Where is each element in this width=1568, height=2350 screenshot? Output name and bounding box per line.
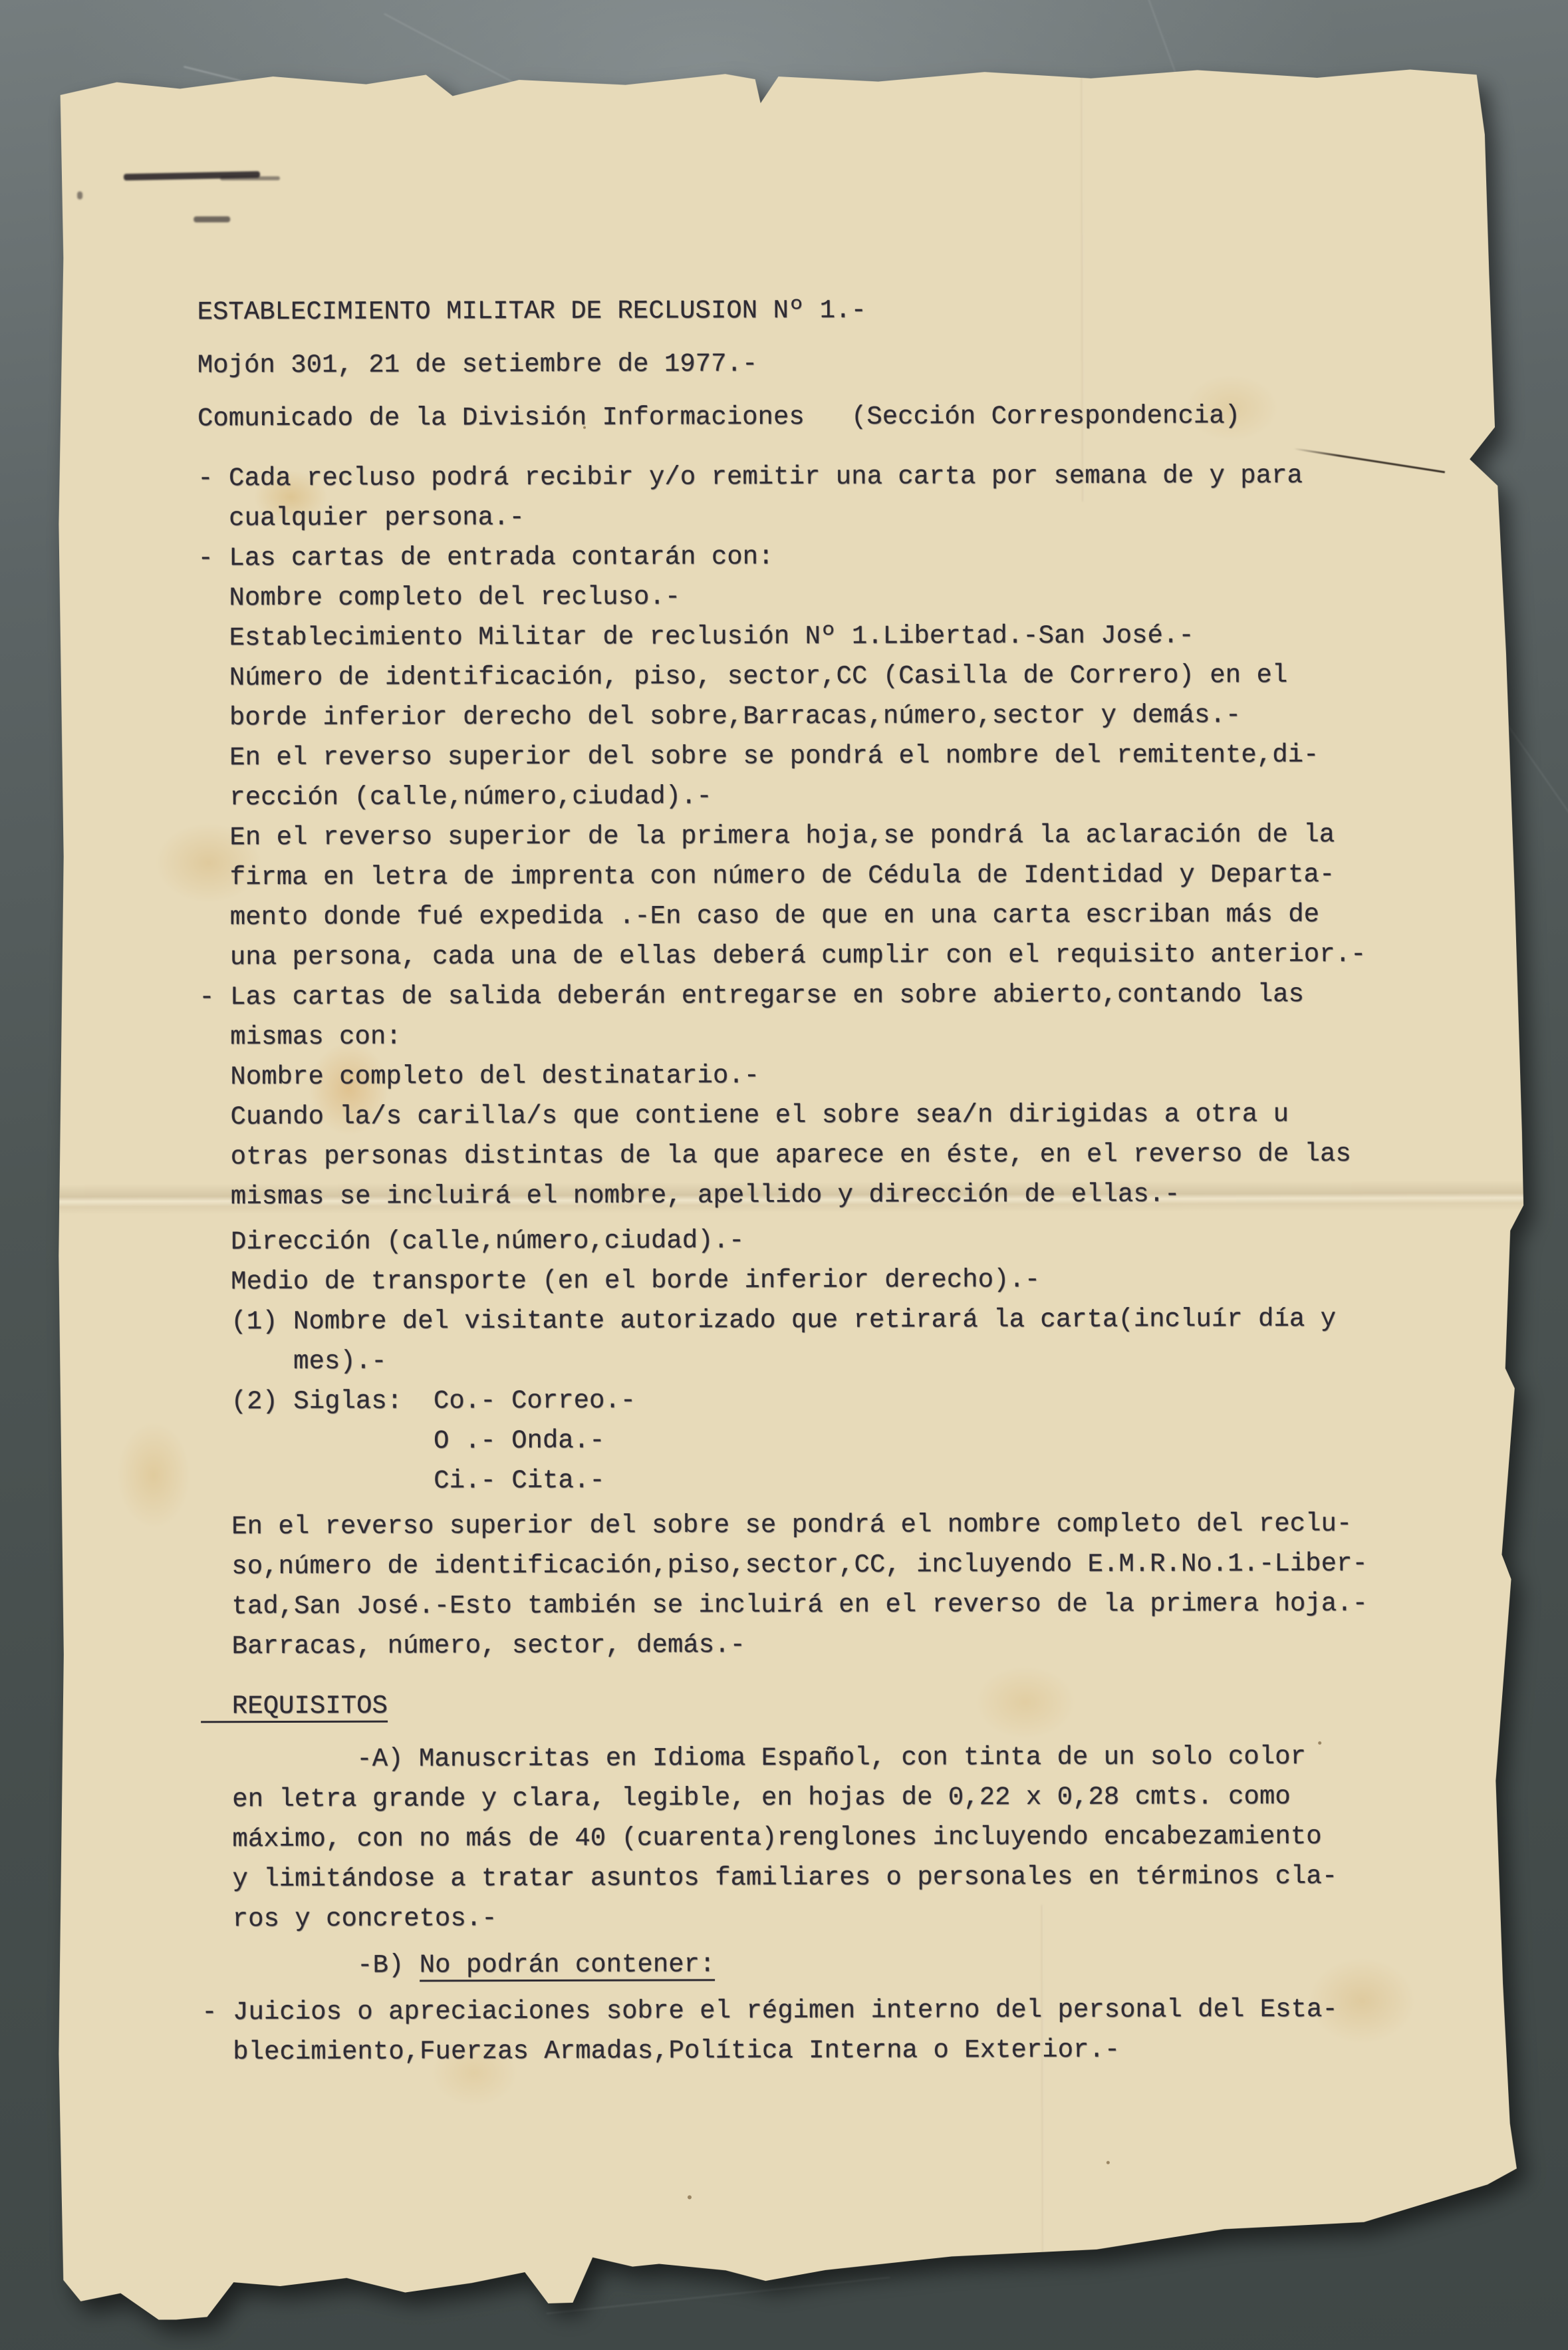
text-segment: mento donde fué expedida .-En caso de qu… [199, 900, 1319, 932]
text-segment: - Las cartas de entrada contarán con: [197, 542, 773, 573]
text-segment: mes).- [200, 1347, 387, 1377]
text-segment: Establecimiento Militar de reclusión Nº … [198, 621, 1194, 653]
text-segment: una persona, cada una de ellas deberá cu… [199, 940, 1366, 972]
text-segment: -A) Manuscritas en Idioma Español, con t… [201, 1742, 1306, 1774]
document-line: so,número de identificación,piso,sector,… [200, 1543, 1450, 1586]
paper-surface: ESTABLECIMIENTO MILITAR DE RECLUSION Nº … [54, 55, 1529, 2320]
text-segment: (1) Nombre del visitante autorizado que … [199, 1304, 1336, 1336]
document-line: mismas se incluirá el nombre, apellido y… [199, 1173, 1450, 1217]
document-line: Número de identificación, piso, sector,C… [198, 655, 1448, 698]
document-line: y limitándose a tratar asuntos familiare… [201, 1856, 1452, 1899]
document-line: ros y concretos.- [201, 1896, 1452, 1939]
document-line: (1) Nombre del visitante autorizado que … [199, 1298, 1450, 1342]
text-segment: (2) Siglas: Co.- Correo.- [200, 1386, 636, 1417]
typewritten-text: ESTABLECIMIENTO MILITAR DE RECLUSION Nº … [197, 289, 1452, 2072]
text-segment: ros y concretos.- [201, 1904, 497, 1934]
text-segment: Dirección (calle,número,ciudad).- [199, 1226, 744, 1256]
document-line: - Cada recluso podrá recibir y/o remitir… [197, 455, 1448, 498]
text-segment: so,número de identificación,piso,sector,… [200, 1549, 1367, 1582]
document-line: Nombre completo del destinatario.- [199, 1054, 1449, 1097]
text-segment: - Juicios o apreciaciones sobre el régim… [201, 1995, 1338, 2027]
text-segment: mismas se incluirá el nombre, apellido y… [199, 1179, 1180, 1211]
document-line: Comunicado de la División Informaciones … [197, 395, 1448, 438]
document-line: REQUISITOS [201, 1683, 1451, 1726]
document-line: Medio de transporte (en el borde inferio… [199, 1258, 1450, 1302]
document-line: firma en letra de imprenta con número de… [199, 854, 1449, 897]
foxing-speck [1107, 2161, 1110, 2164]
document-line: En el reverso superior del sobre se pond… [200, 1503, 1450, 1546]
document-line: -B) No podrán contener: [201, 1942, 1452, 1985]
text-segment: blecimiento,Fuerzas Armadas,Política Int… [201, 2035, 1120, 2067]
document-line: Nombre completo del recluso.- [198, 575, 1448, 618]
text-segment: firma en letra de imprenta con número de… [199, 860, 1335, 892]
document-line: otras personas distintas de la que apare… [199, 1133, 1450, 1177]
text-segment: ESTABLECIMIENTO MILITAR DE RECLUSION Nº … [197, 296, 866, 327]
text-segment: otras personas distintas de la que apare… [199, 1139, 1351, 1172]
text-segment: Número de identificación, piso, sector,C… [198, 661, 1287, 692]
text-segment: O .- Onda.- [200, 1426, 605, 1457]
text-segment: mismas con: [199, 1022, 401, 1052]
text-segment: En el reverso superior del sobre se pond… [198, 740, 1319, 772]
document-line: Establecimiento Militar de reclusión Nº … [198, 615, 1448, 658]
document-line: Ci.- Cita.- [200, 1458, 1450, 1501]
document-line: - Juicios o apreciaciones sobre el régim… [201, 1989, 1452, 2032]
text-segment: en letra grande y clara, legible, en hoj… [201, 1782, 1290, 1814]
document-line: (2) Siglas: Co.- Correo.- [200, 1378, 1450, 1421]
text-segment: En el reverso superior de la primera hoj… [199, 820, 1335, 852]
document-line: mismas con: [199, 1014, 1449, 1057]
text-segment: cualquier persona.- [197, 503, 525, 533]
text-segment: - Cada recluso podrá recibir y/o remitir… [197, 461, 1303, 493]
text-segment: En el reverso superior del sobre se pond… [200, 1509, 1352, 1542]
foxing-speck [688, 2195, 692, 2199]
document-page: ESTABLECIMIENTO MILITAR DE RECLUSION Nº … [54, 55, 1529, 2320]
document-line: En el reverso superior del sobre se pond… [198, 734, 1448, 778]
document-line: Barracas, número, sector, demás.- [201, 1623, 1451, 1666]
document-line: Dirección (calle,número,ciudad).- [199, 1219, 1450, 1262]
text-segment: máximo, con no más de 40 (cuarenta)rengl… [201, 1822, 1322, 1854]
text-segment: rección (calle,número,ciudad).- [198, 782, 712, 812]
document-line: borde inferior derecho del sobre,Barraca… [198, 694, 1448, 738]
document-line: cualquier persona.- [197, 495, 1448, 538]
scanned-photo: ESTABLECIMIENTO MILITAR DE RECLUSION Nº … [0, 0, 1568, 2350]
text-segment: Nombre completo del destinatario.- [199, 1061, 760, 1092]
document-line: - Las cartas de entrada contarán con: [197, 535, 1448, 578]
text-segment: Medio de transporte (en el borde inferio… [199, 1265, 1040, 1296]
text-segment: tad,San José.-Esto también se incluirá e… [201, 1589, 1368, 1622]
document-line: - Las cartas de salida deberán entregars… [199, 974, 1449, 1017]
document-line: Cuando la/s carilla/s que contiene el so… [199, 1094, 1450, 1137]
stain [117, 1421, 190, 1528]
underlined-text: REQUISITOS [201, 1691, 388, 1721]
text-segment: Barracas, número, sector, demás.- [201, 1630, 745, 1661]
text-segment: Ci.- Cita.- [200, 1466, 605, 1497]
document-line: una persona, cada una de ellas deberá cu… [199, 934, 1449, 977]
document-line: rección (calle,número,ciudad).- [198, 774, 1448, 817]
document-line: ESTABLECIMIENTO MILITAR DE RECLUSION Nº … [197, 289, 1447, 332]
document-line: blecimiento,Fuerzas Armadas,Política Int… [201, 2029, 1452, 2072]
document-line: tad,San José.-Esto también se incluirá e… [201, 1583, 1451, 1626]
document-line: -A) Manuscritas en Idioma Español, con t… [201, 1736, 1451, 1779]
document-line: mento donde fué expedida .-En caso de qu… [199, 894, 1449, 937]
document-line: En el reverso superior de la primera hoj… [199, 814, 1449, 857]
text-segment: y limitándose a tratar asuntos familiare… [201, 1862, 1338, 1894]
text-segment: Mojón 301, 21 de setiembre de 1977.- [197, 349, 758, 380]
document-line: en letra grande y clara, legible, en hoj… [201, 1776, 1451, 1819]
text-segment: borde inferior derecho del sobre,Barraca… [198, 700, 1241, 732]
text-segment: Nombre completo del recluso.- [198, 582, 681, 613]
document-line: O .- Onda.- [200, 1418, 1450, 1461]
document-line: Mojón 301, 21 de setiembre de 1977.- [197, 342, 1448, 385]
text-segment: Cuando la/s carilla/s que contiene el so… [199, 1100, 1289, 1131]
text-segment: -B) [201, 1950, 420, 1980]
document-line: máximo, con no más de 40 (cuarenta)rengl… [201, 1816, 1451, 1859]
ink-smudge [194, 216, 230, 222]
document-line: mes).- [200, 1338, 1450, 1382]
text-segment: - Las cartas de salida deberán entregars… [199, 980, 1304, 1012]
text-segment: Comunicado de la División Informaciones … [197, 401, 1240, 433]
ink-smudge [77, 192, 82, 200]
ink-smudge [220, 176, 280, 180]
underlined-text: No podrán contener: [420, 1950, 716, 1980]
